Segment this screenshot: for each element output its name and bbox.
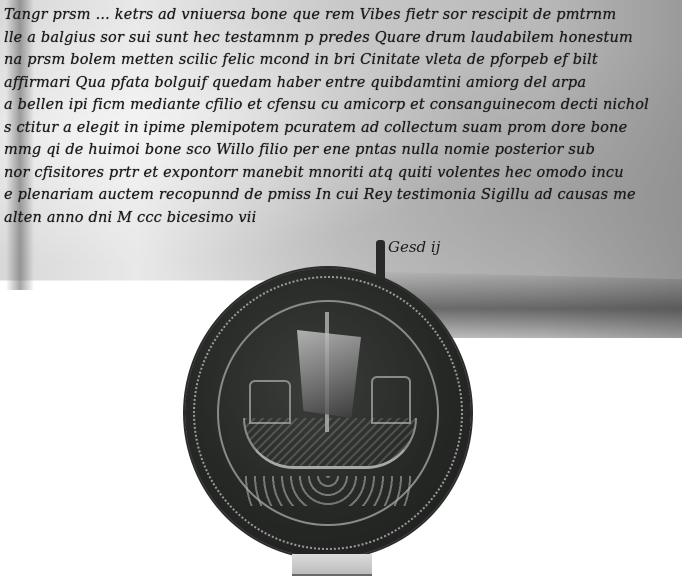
ship-hull-icon [243, 418, 417, 469]
text-line: affirmari Qua pfata bolguif quedam haber… [4, 71, 680, 95]
text-line: na prsm bolem metten scilic felic mcond … [4, 48, 680, 72]
text-line: Tangr prsm ... ketrs ad vniuersa bone qu… [4, 3, 680, 27]
seal-tag [292, 554, 372, 576]
ship-aftcastle-icon [371, 376, 411, 424]
text-line: lle a balgius sor sui sunt hec testamnm … [4, 26, 680, 50]
charter-text: Tangr prsm ... ketrs ad vniuersa bone qu… [4, 4, 680, 229]
text-line: mmg qi de huimoi bone sco Willo filio pe… [4, 138, 680, 162]
ship-sail-icon [297, 330, 361, 418]
scribe-signature: Gesd ij [388, 238, 440, 256]
text-line: e plenariam auctem recopunnd de pmiss In… [4, 183, 680, 207]
text-line: a bellen ipi ficm mediante cfilio et cfe… [4, 93, 680, 117]
waves-icon [245, 476, 411, 506]
text-line-date: alten anno dni M ccc bicesimo vii [4, 206, 474, 230]
wax-seal: SIGILLVM AD CAVSAS [185, 268, 471, 558]
seal-cord [376, 240, 385, 282]
text-line: nor cfisitores prtr et expontorr manebit… [4, 161, 680, 185]
text-line: s ctitur a elegit in ipime plemipotem pc… [4, 116, 680, 140]
